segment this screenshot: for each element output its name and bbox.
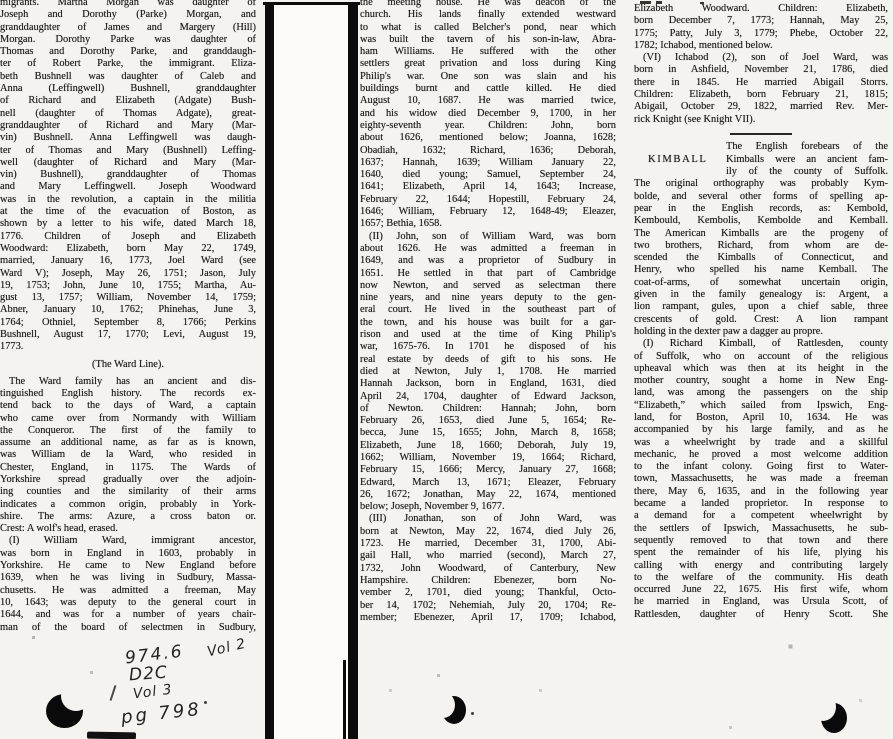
text-line: Abner, January 10, 1762; Phinehas, June …	[0, 304, 256, 316]
text-line: February 15, 1666; Mercy, January 27, 16…	[360, 464, 616, 476]
text-line: man of the board of selectmen in Sudbury…	[0, 622, 256, 634]
text-line: now Newton, and served as selectman ther…	[360, 280, 616, 292]
text-line: Kembould, Kembolis, Kembolde and Kemball…	[634, 215, 888, 227]
text-line: and Mary Leffingwell. Joseph Woodward	[0, 181, 256, 193]
page-edge-bar-right	[348, 2, 358, 739]
text-line: Anna (Leffingwell) Bushnell, granddaught…	[0, 83, 256, 95]
text-line: nine years, and nine years deputy to the…	[360, 292, 616, 304]
text-line: February 26, 1653, died June 5, 1654; Re…	[360, 415, 616, 427]
text-line: real estate by deeds of gift to his sons…	[360, 354, 616, 366]
text-line: 1775; Patty, July 3, 1779; Phebe, Octobe…	[634, 28, 888, 40]
text-line: 1639, when he was living in Sudbury, Mas…	[0, 572, 256, 584]
text-line: he married in England, was Ursula Scott,…	[634, 596, 888, 608]
text-line: (I) Richard Kimball, of Rattlesden, coun…	[634, 338, 888, 350]
text-line: ham Williams. He suffered with the other	[360, 46, 616, 58]
text-line: Yorkshire. He came to New England before	[0, 560, 256, 572]
text-line: August 10, 1687. He was married twice,	[360, 95, 616, 107]
text-line: Crest: A wolf's head, erased.	[0, 523, 256, 535]
text-line: the Conqueror. The first of the family t…	[0, 425, 256, 437]
cut-off-line-fragment	[640, 1, 651, 4]
handwriting-page-note: pg 798	[120, 699, 203, 728]
text-line: below; Joseph, November 9, 1677.	[360, 501, 616, 513]
text-line: was built the tavern of his son-in-law, …	[360, 34, 616, 46]
text-line: war, 1675-76. In 1701 he disposed of his	[360, 341, 616, 353]
text-line: and his widow died December 9, 1700, in …	[360, 108, 616, 120]
text-line: mechanic, he proved a most welcome addit…	[634, 449, 888, 461]
text-line: 1782; Ichabod, mentioned below.	[634, 40, 888, 52]
text-line: church. His lands finally extended westw…	[360, 9, 616, 21]
text-line: Bushnell, August 17, 1770; Levi, August …	[0, 329, 256, 341]
text-line: Children: Elizabeth, born February 21, 1…	[634, 89, 888, 101]
text-line: assume an additional name, as far as is …	[0, 437, 256, 449]
text-line: 1637; Hannah, 1639; William January 22,	[360, 157, 616, 169]
text-line: buildings burnt and cattle killed. He di…	[360, 83, 616, 95]
text-line: well (daughter of Richard and Mary (Mar-	[0, 157, 256, 169]
ink-dot	[204, 701, 207, 704]
text-line: at the time of the evacuation of Boston,…	[0, 206, 256, 218]
text-line: 1640, died young; Samuel, September 24,	[360, 169, 616, 181]
text-line: gail Hall, who married (second), March 2…	[360, 550, 616, 562]
ward-line-heading: (The Ward Line).	[0, 358, 256, 371]
text-line: eral court. He lived in the southeast pa…	[360, 304, 616, 316]
text-line: 1641; Elizabeth, April 14, 1643; Increas…	[360, 181, 616, 193]
text-line: ing counties and the similarity of their…	[0, 486, 256, 498]
text-line: about 1626, mentioned below; Joanna, 162…	[360, 132, 616, 144]
text-line: Obadiah, 1632; Richard, 1636; Deborah,	[360, 145, 616, 157]
handwriting-volume-note: Vol 3	[132, 682, 173, 703]
text-line: born in Ashfield, November 21, 1786, die…	[634, 64, 888, 76]
text-line: of Newton. Children: Hannah; John, born	[360, 403, 616, 415]
text-line: land, for Boston, April 10, 1634. He was	[634, 412, 888, 424]
text-line: Elizabeth, June 18, 1660; Deborah, July …	[360, 440, 616, 452]
text-line: ber 14, 1702; Nehemiah, July 20, 1704; R…	[360, 600, 616, 612]
text-line: beth Bushnell was daughter of Caleb and	[0, 71, 256, 83]
text-line: shire. The arms: Azure, a cross baton or…	[0, 511, 256, 523]
text-line: gust 13, 1757; William, November 14, 175…	[0, 292, 256, 304]
text-line: Philip's war. One son was slain and his	[360, 71, 616, 83]
text-line: the meeting house. He was deacon of the	[360, 0, 616, 9]
text-line: shown by a letter to his wife, dated Mar…	[0, 218, 256, 230]
text-line: granddaughter of Richard and Mary (Mar-	[0, 120, 256, 132]
text-line: 19, 1753; John, June 10, 1755; Martha, A…	[0, 280, 256, 292]
text-line: (I) William Ward, immigrant ancestor,	[0, 535, 256, 547]
text-line: 1662; William, November 19, 1664; Richar…	[360, 452, 616, 464]
text-line: Yorkshire spread gradually over the adjo…	[0, 474, 256, 486]
page-edge-bar-right-inner	[343, 660, 346, 739]
scan-edge-smudge	[87, 732, 136, 739]
text-line: 26, 1672; Jonathan, May 22, 1674, mentio…	[360, 489, 616, 501]
ink-crescent-artifact-right	[821, 703, 847, 733]
text-line: Hannah Jackson, born in England, 1631, d…	[360, 378, 616, 390]
kimball-section-intro: KIMBALL The English forebears of theKimb…	[634, 141, 888, 178]
text-line: 1723. He married, December 31, 1700, Abi…	[360, 538, 616, 550]
ward-line-paragraphs: The Ward family has an ancient and dis-t…	[0, 376, 256, 634]
text-line: married, January 16, 1773, Joel Ward (se…	[0, 255, 256, 267]
text-line: to the infant colony. Going first to Wat…	[634, 461, 888, 473]
scanned-book-page: migrants. Martha Morgan was daughter ofJ…	[0, 0, 893, 739]
ward-conclusion-paragraphs: Elizabeth Woodward. Children: Elizabeth,…	[634, 3, 888, 126]
text-line: Henry, who spelled his name Kemball. The	[634, 264, 888, 276]
text-line: “Elizabeth,” which sailed from Ipswich, …	[634, 400, 888, 412]
text-line: 1764; Othniel, September 8, 1766; Perkin…	[0, 317, 256, 329]
text-line: ter of Robert Parke, the immigrant. Eliz…	[0, 58, 256, 70]
text-column-3: Elizabeth Woodward. Children: Elizabeth,…	[634, 3, 888, 621]
text-line: 1651. He settled in that part of Cambrid…	[360, 268, 616, 280]
text-line: sequently removed to that town and there	[634, 535, 888, 547]
text-line: member; Ebenezer, April 17, 1709; Ichabo…	[360, 612, 616, 624]
text-line: holding in the dexter paw a dagger au pr…	[634, 326, 888, 338]
text-line: Ward V); Joseph, May 26, 1751; Jason, Ju…	[0, 268, 256, 280]
text-column-2: the meeting house. He was deacon of thec…	[360, 0, 616, 624]
gutter-top-edge-line	[263, 2, 360, 5]
text-line: given in the family genealogy is: Argent…	[634, 289, 888, 301]
text-line: 1776. Children of Joseph and Elizabeth	[0, 231, 256, 243]
stray-pen-mark	[110, 685, 117, 701]
text-line: vin) Bushnell), granddaughter of Thomas	[0, 169, 256, 181]
text-line: 1773.	[0, 341, 256, 353]
text-line: vin) Bushnell. Anna Leffingwell was daug…	[0, 132, 256, 144]
ink-crescent-artifact-middle	[442, 696, 466, 724]
section-divider-rule	[730, 133, 792, 136]
paper-specks	[0, 0, 1, 1]
text-line: scended the Kimballs of Connecticut, and	[634, 252, 888, 264]
text-line: coat-of-arms, of somewhat uncertain orig…	[634, 277, 888, 289]
text-line: nell (daughter of Thomas Adgate), great-	[0, 108, 256, 120]
text-line: 10, 1643; was deputy to the general cour…	[0, 597, 256, 609]
text-line: to the welfare of the community. His dea…	[634, 572, 888, 584]
text-line: migrants. Martha Morgan was daughter of	[0, 0, 256, 9]
text-line: (II) John, son of William Ward, was born	[360, 231, 616, 243]
text-line: two brothers, Richard, from whom are de-	[634, 240, 888, 252]
text-line: Rattlesden, daughter of Henry Scott. She	[634, 609, 888, 621]
text-line: of Richard and Elizabeth (Adgate) Bush-	[0, 95, 256, 107]
text-line: settlers great privation and loss during…	[360, 58, 616, 70]
text-line: was William de la Ward, who resided in	[0, 449, 256, 461]
page-edge-bar-left	[265, 2, 274, 739]
text-line: (VI) Ichabod (2), son of Joel Ward, was	[634, 52, 888, 64]
text-line: lion rampant, gules, upon a chief sable,…	[634, 301, 888, 313]
text-line: crescents of gold. Crest: A lion rampant	[634, 314, 888, 326]
text-line: Hampshire. Children: Ebenezer, born No-	[360, 575, 616, 587]
text-line: April 24, 1704, daughter of Edward Jacks…	[360, 391, 616, 403]
text-line: was born in England in 1603, probably in	[0, 548, 256, 560]
text-line: rison and used at the time of King Phili…	[360, 329, 616, 341]
text-line: chusetts. He was admitted a freeman, May	[0, 585, 256, 597]
text-line: tinguished English history. The records …	[0, 388, 256, 400]
kimball-surname-heading: KIMBALL	[648, 154, 707, 166]
text-line: The English forebears of the	[726, 141, 888, 153]
text-line: calling with energy and contributing lar…	[634, 560, 888, 572]
text-line: bolde, and several other forms of spelli…	[634, 191, 888, 203]
text-line: to what is called Belcher's pond, near w…	[360, 22, 616, 34]
cut-off-line-fragment	[700, 2, 704, 4]
text-line: there in 1845. He married Abigail Storrs…	[634, 77, 888, 89]
text-line: tend back to the days of Ward, a captain	[0, 400, 256, 412]
text-line: The original orthography was probably Ky…	[634, 178, 888, 190]
text-line: born at Newton, May 22, 1674, died July …	[360, 526, 616, 538]
crescent-bite	[61, 681, 91, 711]
text-line: February 22, 1644; Hopestill, February 2…	[360, 194, 616, 206]
text-line: 1732, John Woodward, of Canterbury, New	[360, 563, 616, 575]
text-column-1: migrants. Martha Morgan was daughter ofJ…	[0, 0, 256, 634]
text-line: Woodward: Elizabeth, born May 22, 1749,	[0, 243, 256, 255]
text-line: town, Massachusetts, he was made a freem…	[634, 473, 888, 485]
text-line: of Suffolk, who on account of the religi…	[634, 351, 888, 363]
text-line: 1649, and was a proprietor of Sudbury in	[360, 255, 616, 267]
text-line: 1646; William, February 12, 1648-49; Ele…	[360, 206, 616, 218]
ward-generations-paragraphs: the meeting house. He was deacon of thec…	[360, 0, 616, 624]
text-line: was in the revolution, a captain in the …	[0, 194, 256, 206]
text-line: mother country, sought a home in New Eng…	[634, 375, 888, 387]
ward-children-paragraphs: migrants. Martha Morgan was daughter ofJ…	[0, 0, 256, 354]
text-line: 1644, and was for a number of years chai…	[0, 609, 256, 621]
ink-dot	[471, 712, 474, 715]
text-line: The Ward family has an ancient and dis-	[0, 376, 256, 388]
text-line: there, May 6, 1635, and in the following…	[634, 486, 888, 498]
text-line: became a landed proprietor. In response …	[634, 498, 888, 510]
text-line: Abigail, October 29, 1822, married Rev. …	[634, 101, 888, 113]
handwriting-volume-note-2: Vol 2	[206, 636, 248, 660]
text-line: vember 2, 1701, died young; Thankful, Oc…	[360, 587, 616, 599]
page-gutter	[274, 5, 348, 739]
text-line: Thomas and Dorothy Parke, and granddaugh…	[0, 46, 256, 58]
text-line: ter of Thomas and Mary (Bushnell) Leffin…	[0, 145, 256, 157]
text-line: died at Newton, July 1, 1708. He married	[360, 366, 616, 378]
text-line: land, was among the passengers on the sh…	[634, 387, 888, 399]
text-line: Morgan. Dorothy Parke was daughter of	[0, 34, 256, 46]
text-line: born December 7, 1773; Hannah, May 25,	[634, 15, 888, 27]
text-line: (III) Jonathan, son of John Ward, was	[360, 513, 616, 525]
text-line: granddaughter of James and Margery (Hill…	[0, 22, 256, 34]
kimball-paragraphs: The original orthography was probably Ky…	[634, 178, 888, 621]
text-line: rick Knight (see Knight VII).	[634, 114, 888, 126]
text-line: eighty-seventh year. Children: John, bor…	[360, 120, 616, 132]
text-line: was a wheelwright by trade and a skillfu…	[634, 437, 888, 449]
text-line: upheaval which was then at its height in…	[634, 363, 888, 375]
text-line: a demand for a competent wheelwright by	[634, 510, 888, 522]
ink-crescent-artifact-left	[46, 694, 83, 728]
text-line: ily of the county of Suffolk.	[726, 166, 888, 178]
text-line: Chester, England, in 1175. The Wards of	[0, 462, 256, 474]
text-line: indicates a common origin, probably in Y…	[0, 499, 256, 511]
crescent-bite	[810, 693, 836, 721]
text-line: the settlers of Ipswich, Massachusetts, …	[634, 523, 888, 535]
text-line: becca, June 15, 1655; John, March 8, 165…	[360, 427, 616, 439]
text-line: Elizabeth Woodward. Children: Elizabeth,	[634, 3, 888, 15]
text-line: spent the remainder of his life, plying …	[634, 547, 888, 559]
text-line: the town, and his house was built for a …	[360, 317, 616, 329]
text-line: Kimballs were an ancient fam-	[726, 154, 888, 166]
text-line: about 1626. He was admitted a freeman in	[360, 243, 616, 255]
text-line: Edward, March 13, 1671; Eleazer, Februar…	[360, 477, 616, 489]
text-line: who came over from Normandy with William	[0, 413, 256, 425]
text-line: occurred June 22, 1675. His first wife, …	[634, 584, 888, 596]
text-line: accompanied by his large family, and as …	[634, 424, 888, 436]
text-line: 1657; Bethia, 1658.	[360, 218, 616, 230]
cut-off-line-fragment	[656, 1, 662, 4]
crescent-bite	[431, 692, 455, 718]
text-line: pear in the English records, as: Kembold…	[634, 203, 888, 215]
text-line: The American Kimballs are the progeny of	[634, 228, 888, 240]
text-line: Joseph and Dorothy (Parke) Morgan, and	[0, 9, 256, 21]
